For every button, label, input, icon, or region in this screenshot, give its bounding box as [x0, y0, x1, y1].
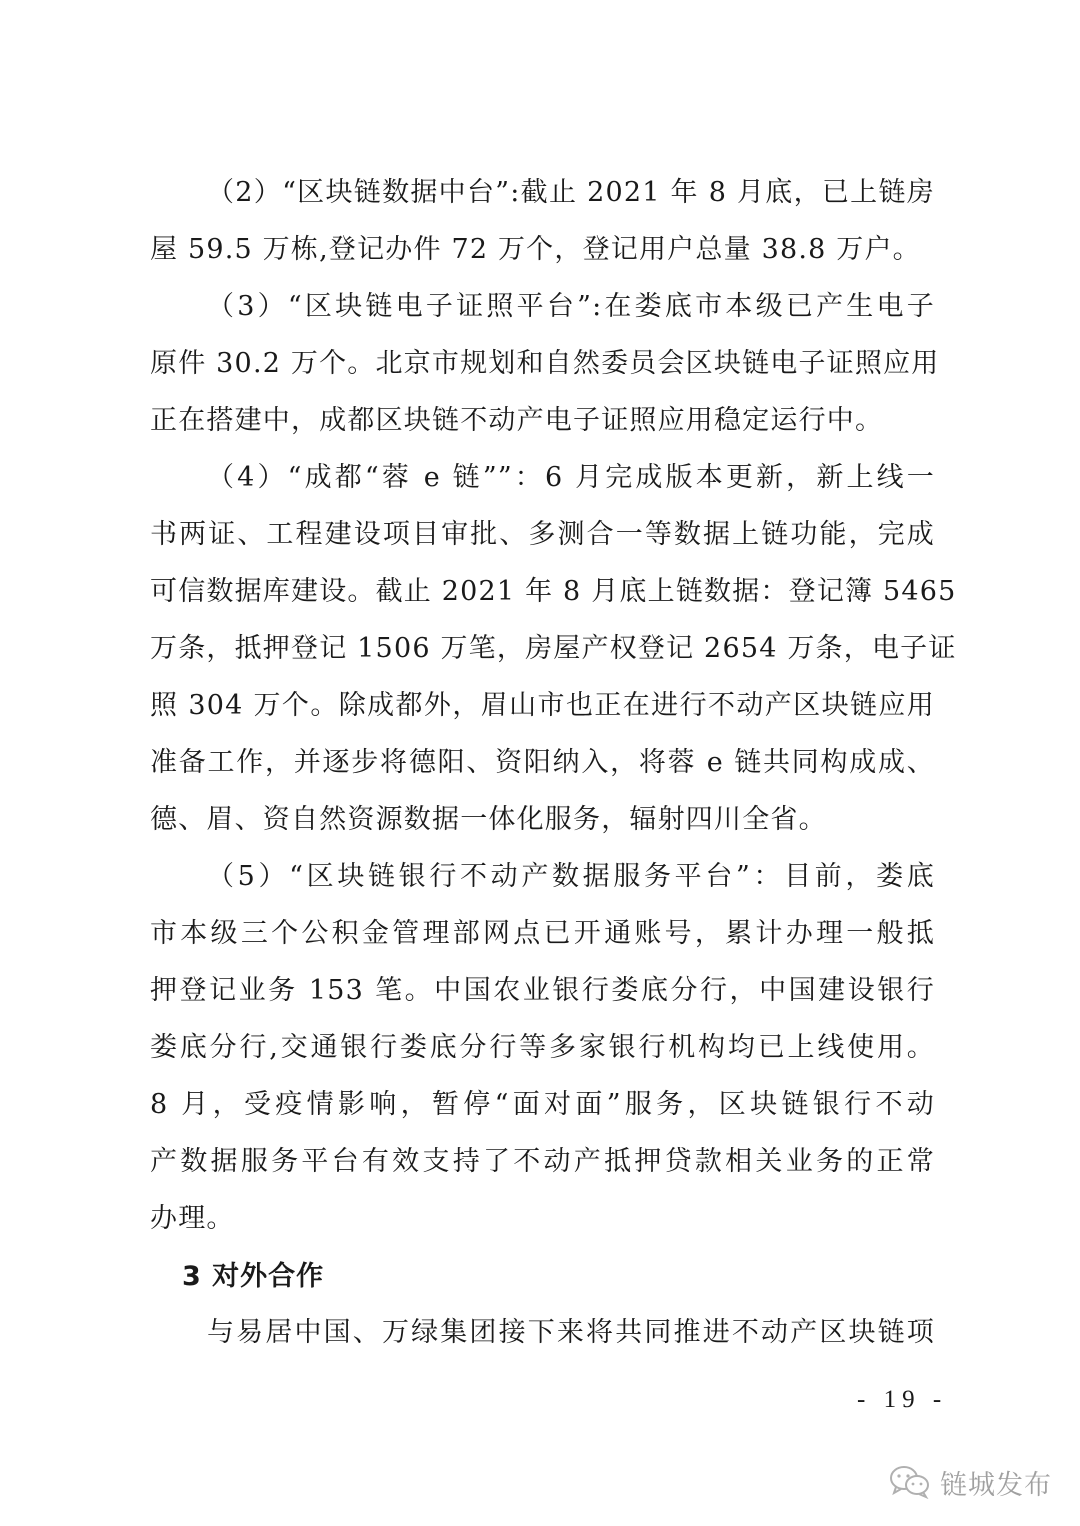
- section-body-line-1: 与易居中国、万绿集团接下来将共同推进不动产区块链项: [207, 1313, 935, 1353]
- paragraph-item-3-line-2: 原件 30.2 万个。北京市规划和自然委员会区块链电子证照应用: [150, 344, 935, 384]
- paragraph-item-4-line-3: 可信数据库建设。截止 2021 年 8 月底上链数据：登记簿 5465: [150, 572, 935, 612]
- paragraph-item-5-line-1: （5）“区块链银行不动产数据服务平台”：目前，娄底: [207, 857, 935, 897]
- paragraph-item-4-line-2: 书两证、工程建设项目审批、多测合一等数据上链功能，完成: [150, 515, 935, 555]
- watermark: 链城发布: [888, 1462, 1052, 1502]
- paragraph-item-5-line-7: 办理。: [150, 1199, 935, 1239]
- paragraph-item-4-line-5: 照 304 万个。除成都外，眉山市也正在进行不动产区块链应用: [150, 686, 935, 726]
- paragraph-item-4-line-6: 准备工作，并逐步将德阳、资阳纳入，将蓉 e 链共同构成成、: [150, 743, 935, 783]
- paragraph-item-5-line-2: 市本级三个公积金管理部网点已开通账号，累计办理一般抵: [150, 914, 935, 954]
- paragraph-item-4-line-4: 万条，抵押登记 1506 万笔，房屋产权登记 2654 万条，电子证: [150, 629, 935, 669]
- paragraph-item-5-line-6: 产数据服务平台有效支持了不动产抵押贷款相关业务的正常: [150, 1142, 935, 1182]
- paragraph-item-5-line-3: 押登记业务 153 笔。中国农业银行娄底分行，中国建设银行: [150, 971, 935, 1011]
- page-number: - 19 -: [857, 1383, 947, 1417]
- paragraph-item-3-line-1: （3）“区块链电子证照平台”:在娄底市本级已产生电子: [207, 287, 935, 327]
- section-heading: 3 对外合作: [182, 1257, 324, 1297]
- paragraph-item-5-line-4: 娄底分行,交通银行娄底分行等多家银行机构均已上线使用。: [150, 1028, 935, 1068]
- paragraph-item-2-line-2: 屋 59.5 万栋,登记办件 72 万个，登记用户总量 38.8 万户。: [150, 230, 935, 270]
- paragraph-item-3-line-3: 正在搭建中，成都区块链不动产电子证照应用稳定运行中。: [150, 401, 935, 441]
- document-page: （2）“区块链数据中台”:截止 2021 年 8 月底，已上链房 屋 59.5 …: [0, 0, 1080, 1526]
- paragraph-item-2-line-1: （2）“区块链数据中台”:截止 2021 年 8 月底，已上链房: [207, 173, 935, 213]
- watermark-text: 链城发布: [940, 1463, 1052, 1502]
- wechat-icon: [888, 1464, 932, 1500]
- paragraph-item-5-line-5: 8 月，受疫情影响，暂停“面对面”服务，区块链银行不动: [150, 1085, 935, 1125]
- paragraph-item-4-line-1: （4）“成都“蓉 e 链””：6 月完成版本更新，新上线一: [207, 458, 935, 498]
- paragraph-item-4-line-7: 德、眉、资自然资源数据一体化服务，辐射四川全省。: [150, 800, 935, 840]
